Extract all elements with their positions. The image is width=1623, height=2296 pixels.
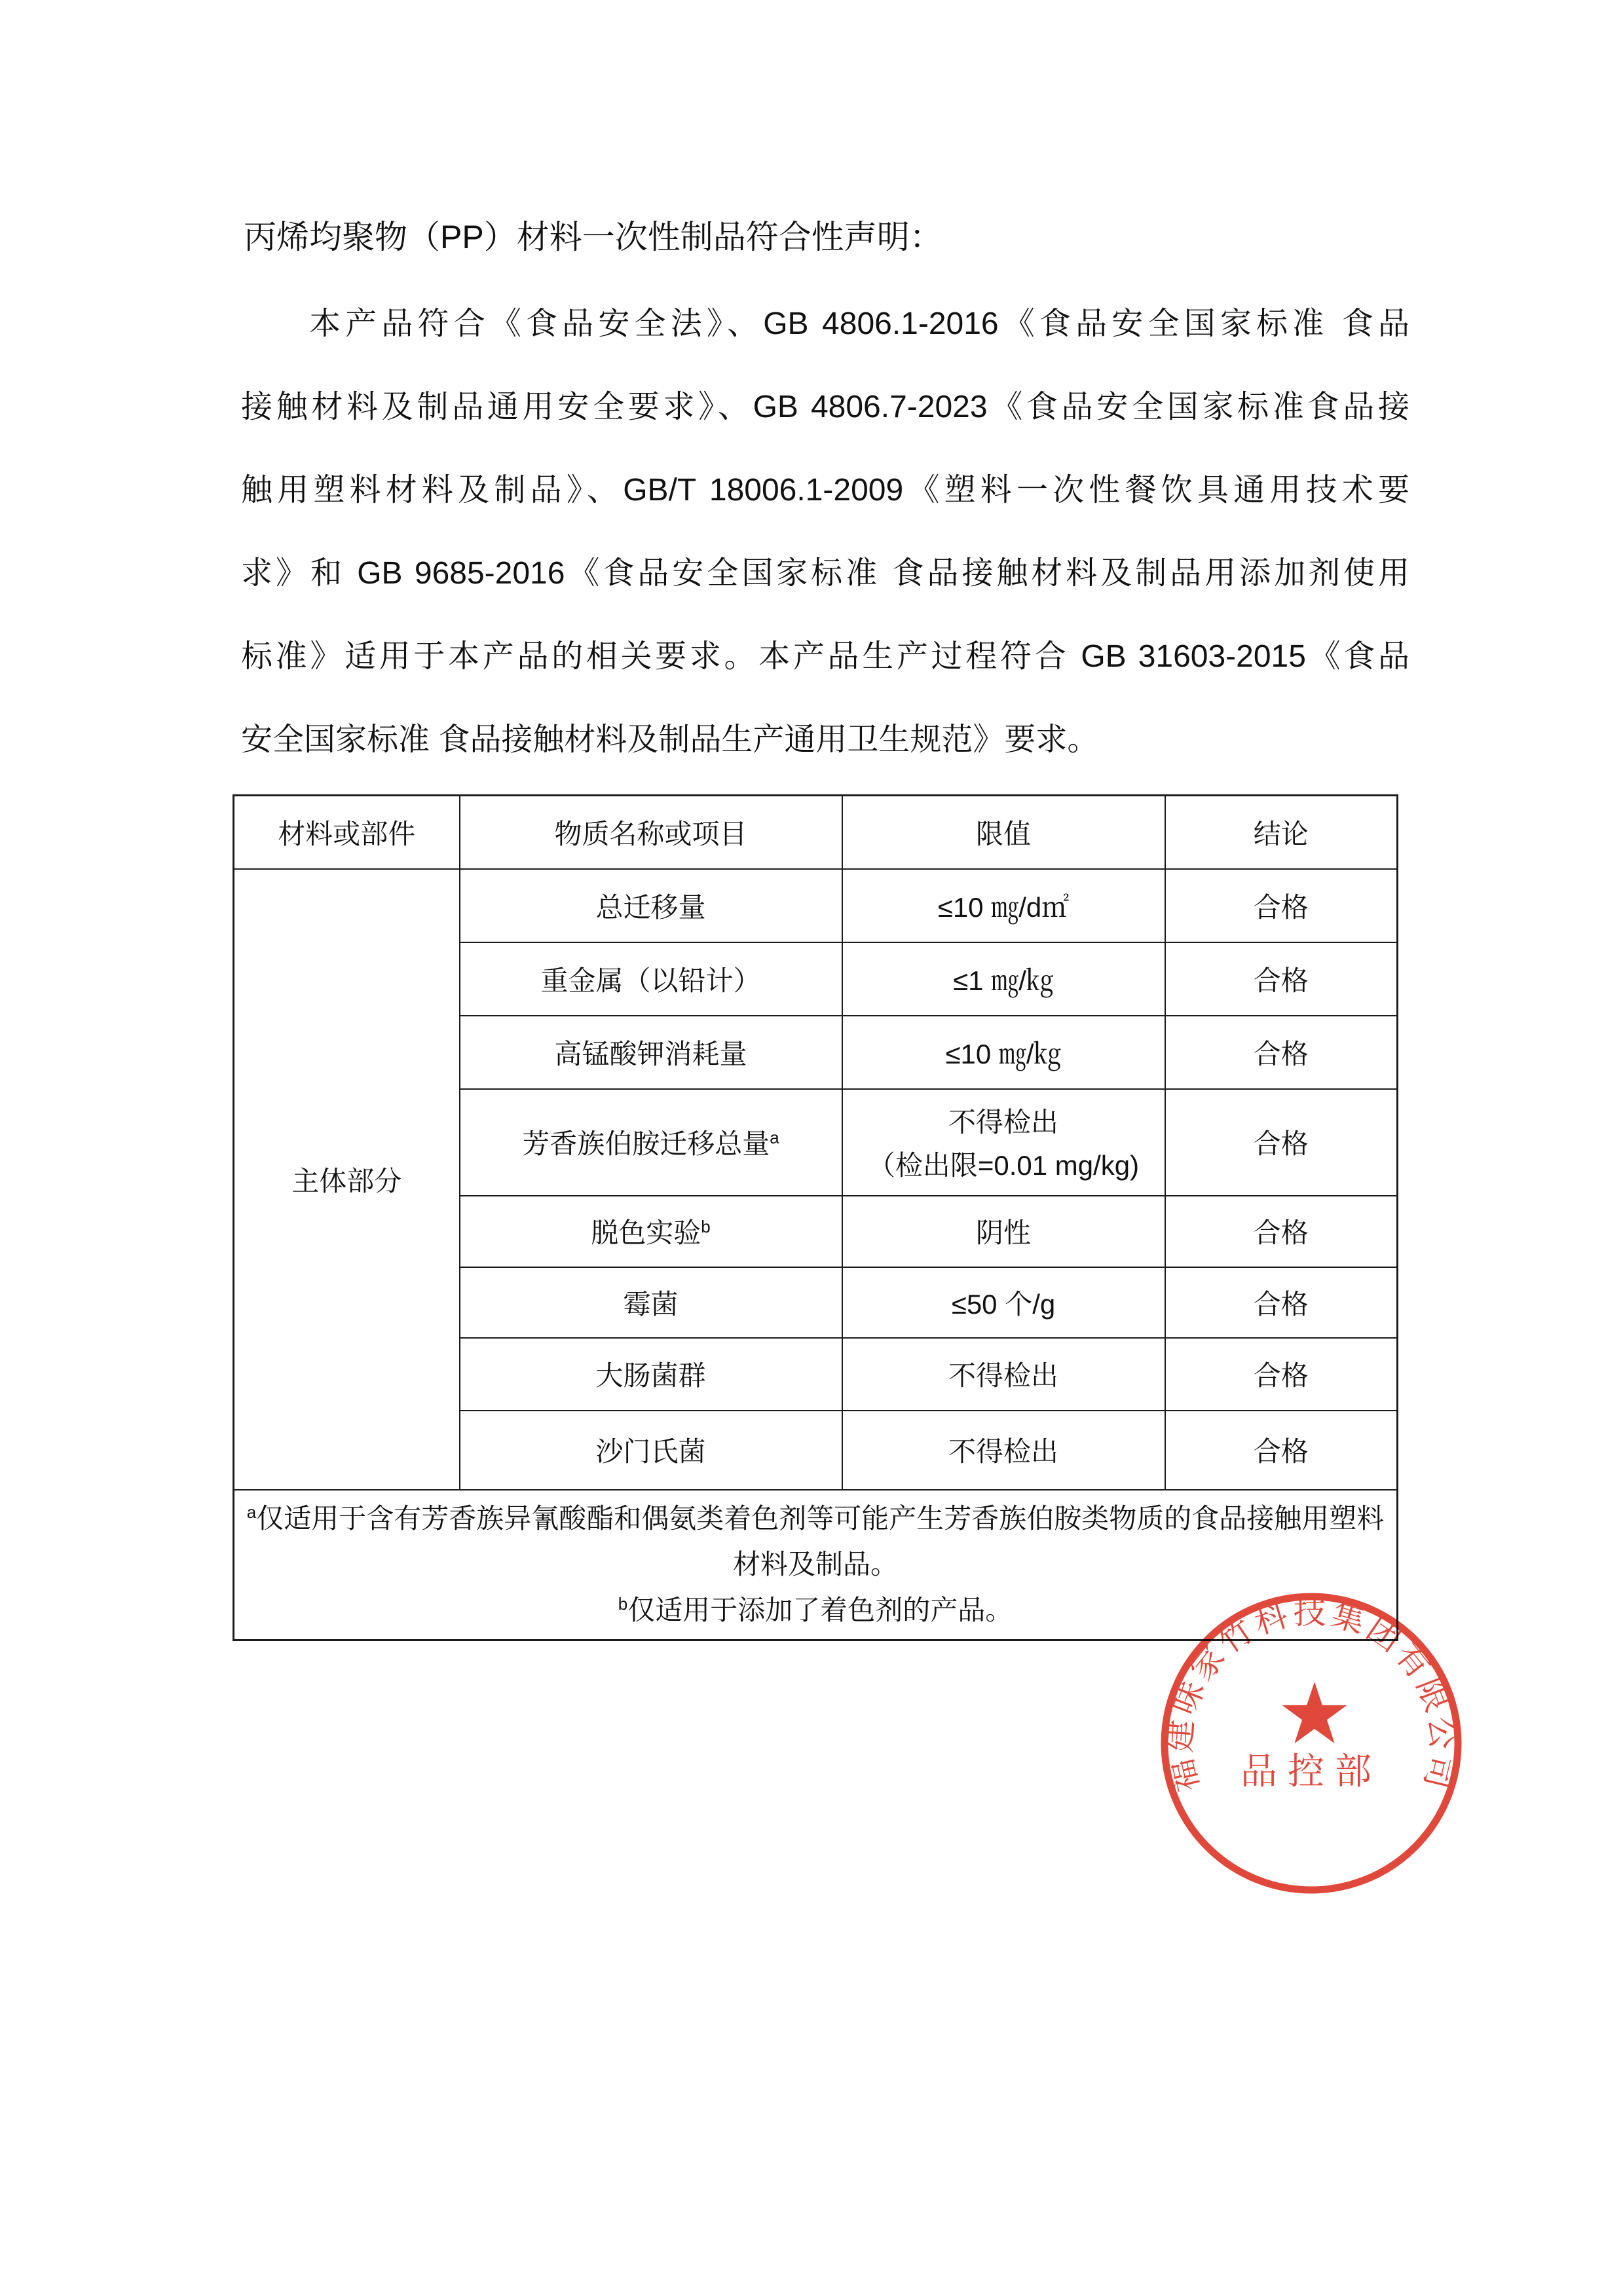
- result-cell: 合格: [1165, 1089, 1398, 1196]
- material-group-cell: 主体部分: [234, 869, 460, 1490]
- result-cell: 合格: [1165, 869, 1398, 942]
- paragraph-line: 安全国家标准 食品接触材料及制品生产通用卫生规范》要求。: [241, 698, 1409, 781]
- result-cell: 合格: [1165, 1338, 1398, 1411]
- footnote-marker-a: a: [770, 1128, 779, 1147]
- paragraph-line: 求》和 GB 9685-2016《食品安全国家标准 食品接触材料及制品用添加剂使…: [241, 532, 1409, 615]
- item-cell: 总迁移量: [460, 869, 842, 942]
- item-cell: 高锰酸钾消耗量: [460, 1016, 842, 1089]
- footnote-marker-b: b: [701, 1217, 710, 1236]
- item-cell: 芳香族伯胺迁移总量a: [460, 1089, 842, 1196]
- result-cell: 合格: [1165, 942, 1398, 1016]
- item-cell: 沙门氏菌: [460, 1411, 842, 1490]
- result-cell: 合格: [1165, 1196, 1398, 1267]
- limit-cell: 不得检出 （检出限=0.01 mg/kg): [842, 1089, 1165, 1196]
- limit-cell: ≤1 ㎎/㎏: [842, 942, 1165, 1016]
- paragraph-line: 接触材料及制品通用安全要求》、GB 4806.7-2023《食品安全国家标准食品…: [241, 365, 1409, 449]
- stamp-star-icon: [1282, 1682, 1347, 1743]
- header-result: 结论: [1165, 796, 1398, 869]
- compliance-table: 材料或部件 物质名称或项目 限值 结论 主体部分 总迁移量 ≤10 ㎎/d㎡ 合…: [233, 794, 1398, 1641]
- item-cell: 大肠菌群: [460, 1338, 842, 1411]
- item-cell: 霉菌: [460, 1267, 842, 1338]
- company-stamp: 福建味家竹科技集团有限公司 品控部: [1154, 1586, 1468, 1900]
- result-cell: 合格: [1165, 1267, 1398, 1338]
- item-cell: 脱色实验b: [460, 1196, 842, 1267]
- paragraph-line: 触用塑料材料及制品》、GB/T 18006.1-2009《塑料一次性餐饮具通用技…: [241, 449, 1409, 532]
- paragraph-line: 本产品符合《食品安全法》、GB 4806.1-2016《食品安全国家标准 食品: [241, 282, 1409, 365]
- paragraph-line: 标准》适用于本产品的相关要求。本产品生产过程符合 GB 31603-2015《食…: [241, 615, 1409, 698]
- result-cell: 合格: [1165, 1016, 1398, 1089]
- header-material: 材料或部件: [234, 796, 460, 869]
- limit-cell: 阴性: [842, 1196, 1165, 1267]
- declaration-paragraph: 本产品符合《食品安全法》、GB 4806.1-2016《食品安全国家标准 食品 …: [241, 282, 1409, 781]
- limit-cell: ≤50 个/g: [842, 1267, 1165, 1338]
- limit-cell: ≤10 ㎎/d㎡: [842, 869, 1165, 942]
- table-header-row: 材料或部件 物质名称或项目 限值 结论: [234, 796, 1398, 869]
- stamp-department-text: 品控部: [1241, 1750, 1382, 1792]
- header-limit: 限值: [842, 796, 1165, 869]
- footnote-a: a仅适用于含有芳香族异氰酸酯和偶氨类着色剂等可能产生芳香族伯胺类物质的食品接触用…: [234, 1496, 1396, 1587]
- table-row: 主体部分 总迁移量 ≤10 ㎎/d㎡ 合格: [234, 869, 1398, 942]
- result-cell: 合格: [1165, 1411, 1398, 1490]
- item-cell: 重金属（以铅计）: [460, 942, 842, 1016]
- limit-cell: ≤10 ㎎/㎏: [842, 1016, 1165, 1089]
- page-title: 丙烯均聚物（PP）材料一次性制品符合性声明：: [244, 216, 942, 258]
- limit-cell: 不得检出: [842, 1411, 1165, 1490]
- limit-cell: 不得检出: [842, 1338, 1165, 1411]
- header-substance: 物质名称或项目: [460, 796, 842, 869]
- document-page: 丙烯均聚物（PP）材料一次性制品符合性声明： 本产品符合《食品安全法》、GB 4…: [0, 0, 1623, 2296]
